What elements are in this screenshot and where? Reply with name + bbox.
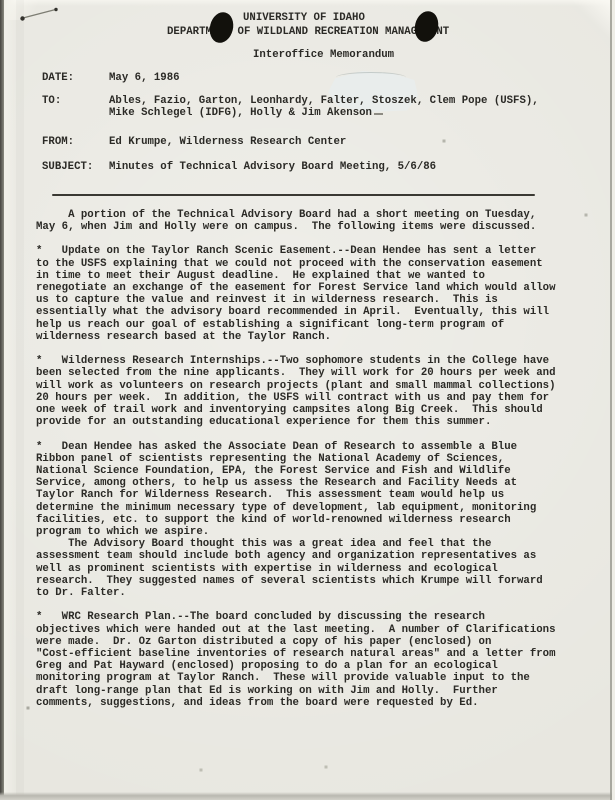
memo-body: A portion of the Technical Advisory Boar… (36, 209, 556, 721)
from-value: Ed Krumpe, Wilderness Research Center (109, 136, 346, 148)
university-name: UNIVERSITY OF IDAHO (243, 12, 365, 24)
body-paragraph-wrc-research-plan: * WRC Research Plan.--The board conclude… (36, 611, 556, 709)
pen-mark (14, 4, 66, 26)
body-paragraph-intro: A portion of the Technical Advisory Boar… (36, 209, 556, 233)
date-value: May 6, 1986 (109, 72, 180, 84)
to-label: TO: (42, 95, 61, 107)
paper-crease-shade (16, 0, 24, 800)
from-label: FROM: (42, 136, 74, 148)
subject-label: SUBJECT: (42, 161, 93, 173)
punch-hole-mark-left (207, 9, 237, 45)
scan-edge-left (0, 0, 4, 800)
to-recipients-line2: Mike Schlegel (IDFG), Holly & Jim Akenso… (109, 107, 372, 119)
to-recipients-line1: Ables, Fazio, Garton, Leonhardy, Falter,… (109, 95, 539, 107)
body-paragraph-scenic-easement: * Update on the Taylor Ranch Scenic Ease… (36, 245, 556, 343)
scan-specks (0, 0, 2, 2)
memo-scan-page: UNIVERSITY OF IDAHO DEPARTMENT OF WILDLA… (0, 0, 615, 800)
header-divider-rule (52, 194, 535, 196)
punch-hole-mark-right (412, 8, 442, 44)
body-paragraph-internships: * Wilderness Research Internships.--Two … (36, 355, 556, 428)
whiteout-patch-outline (336, 72, 406, 83)
scan-edge-top (0, 0, 615, 6)
paper-crease-left (4, 0, 16, 800)
subject-value: Minutes of Technical Advisory Board Meet… (109, 161, 436, 173)
scan-edge-bottom (0, 792, 615, 800)
paper-corner-top-right (565, 0, 615, 40)
body-paragraph-blue-ribbon-panel: * Dean Hendee has asked the Associate De… (36, 441, 556, 600)
date-label: DATE: (42, 72, 74, 84)
pen-strike-mark (374, 113, 383, 115)
memo-type-title: Interoffice Memorandum (253, 49, 394, 61)
